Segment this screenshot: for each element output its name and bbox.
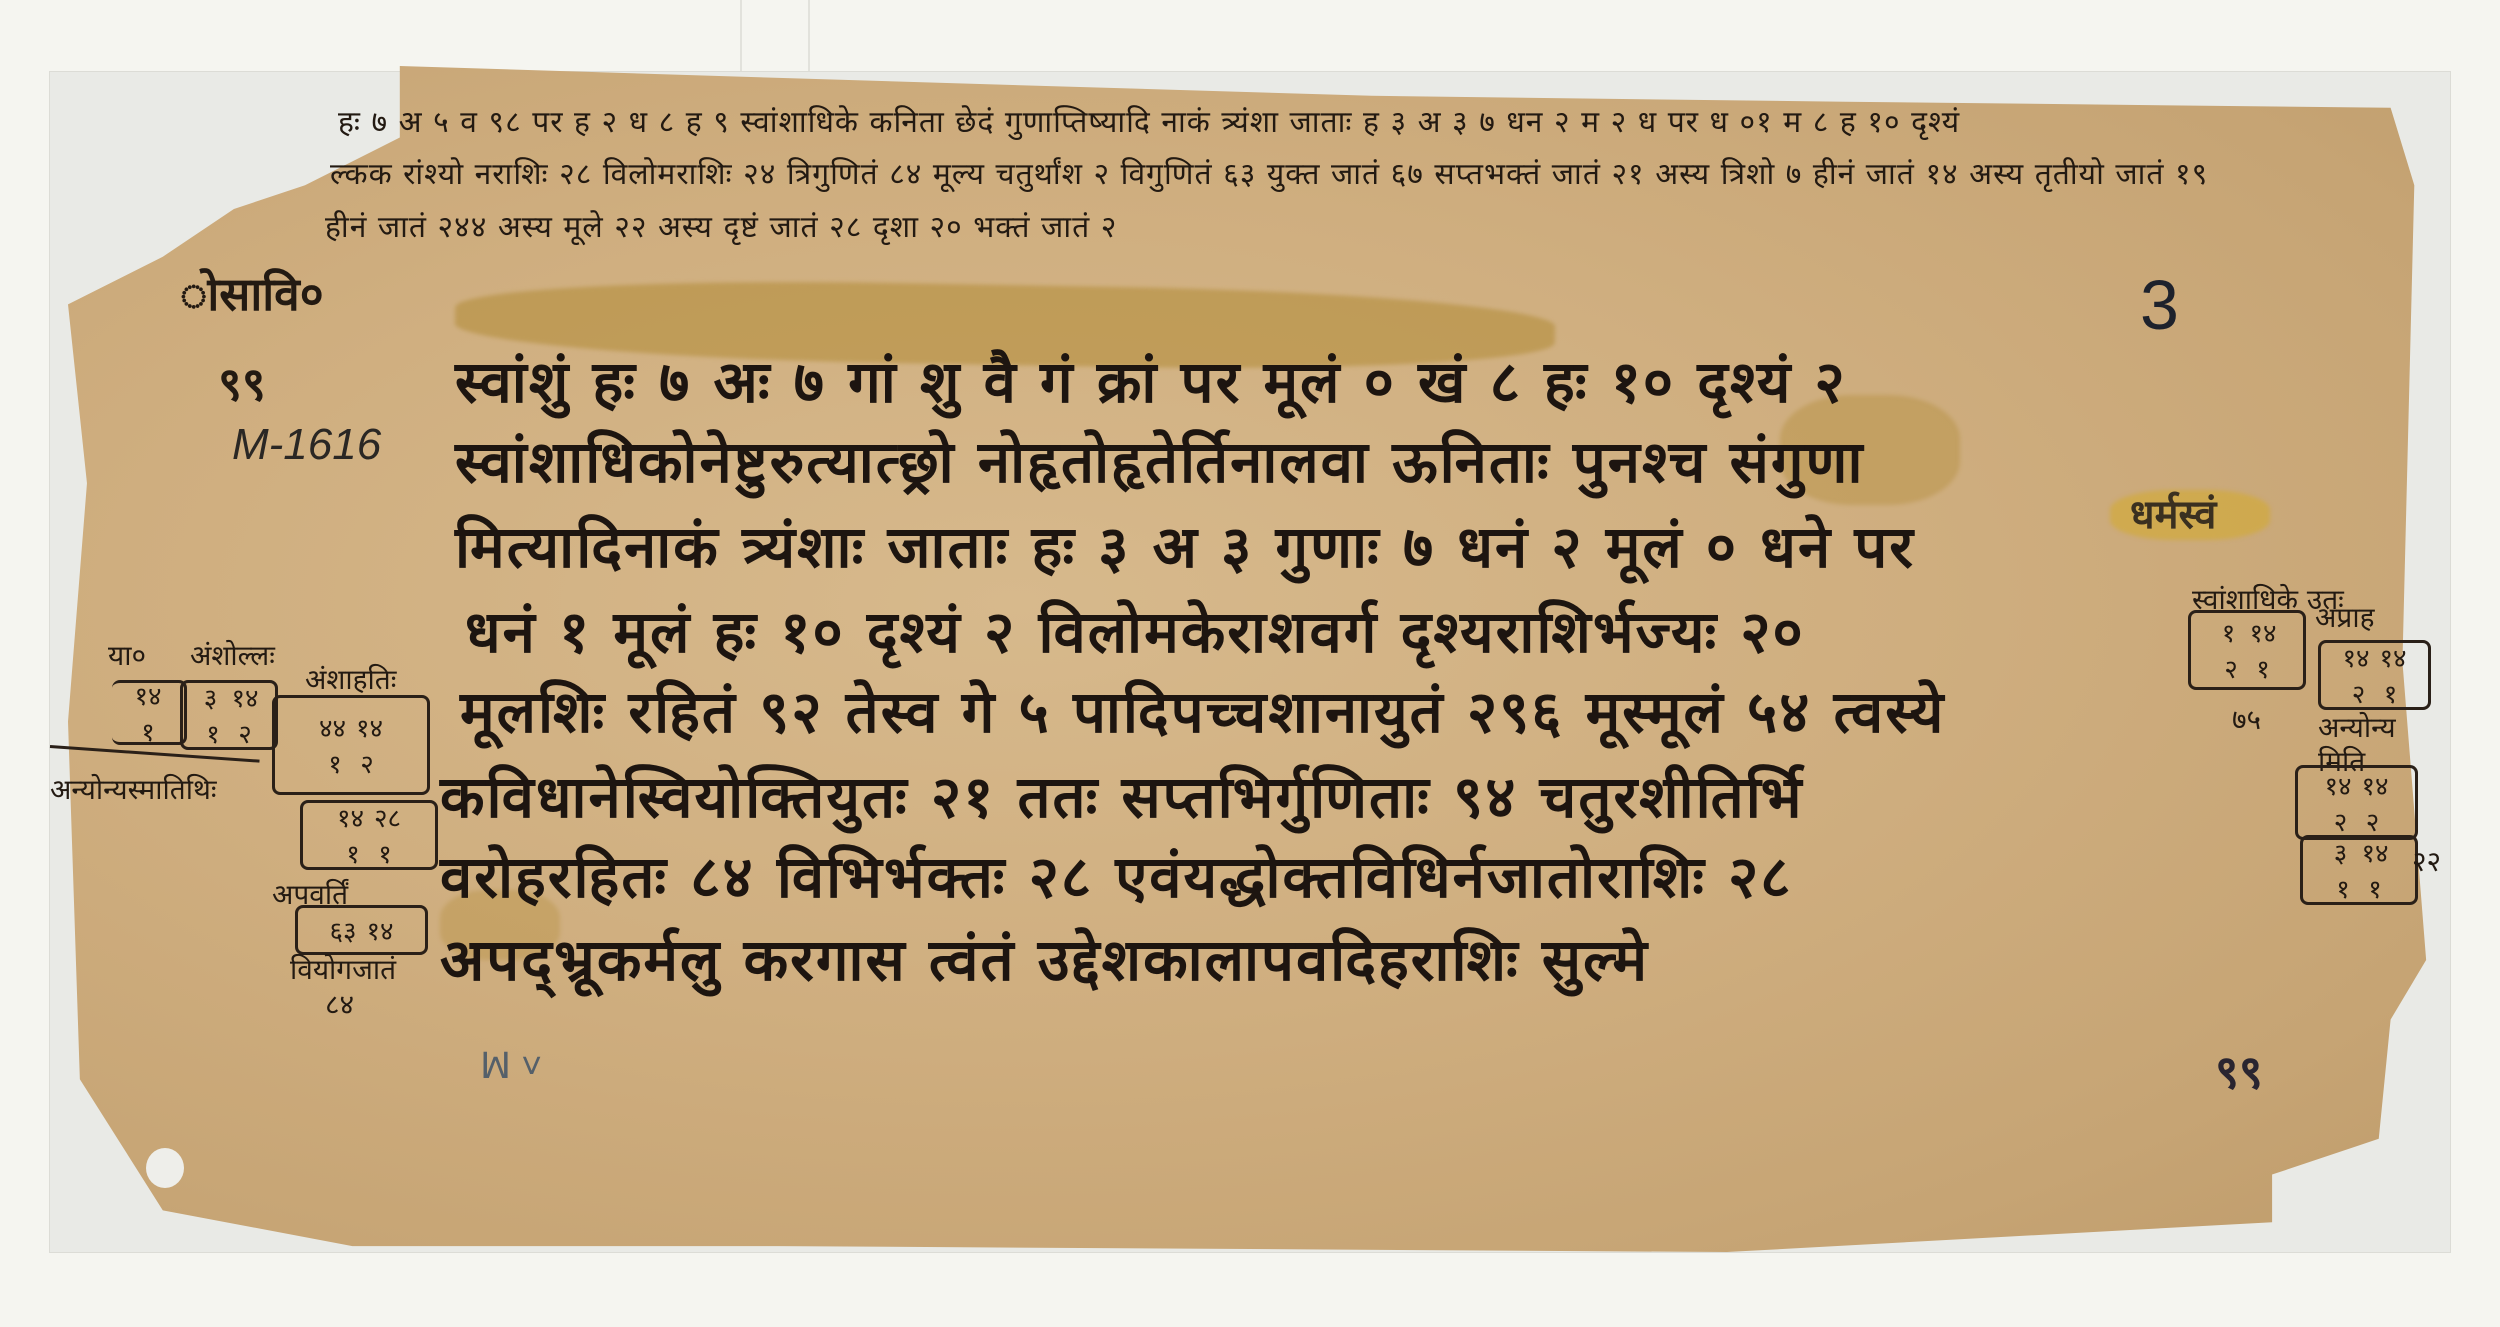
title-fragment: ोसावि०	[180, 262, 324, 324]
left-label-2: अंशोल्लः	[190, 636, 275, 674]
main-line-7: वरोहरहितः ८४ विभिर्भक्तः २८ एवंयद्धोक्तव…	[440, 835, 1792, 914]
main-line-8: अपद्भ्रूकर्मलु करगास त्वंतं उद्देशकालापव…	[440, 918, 1649, 997]
left-label-4: अन्योन्यस्मातिथिः	[50, 770, 217, 808]
right-fraction-box-2: १४१४ २१	[2318, 640, 2431, 710]
page-numeral: 3	[2140, 265, 2179, 345]
folio-number-right: ९९	[2215, 1040, 2263, 1102]
right-fraction-box-1: ११४ २१	[2188, 610, 2306, 690]
main-line-1: स्वांशुं हः ७ अः ७ गां शु वै गं क्रां पर…	[455, 340, 1847, 419]
shelfmark: M-1616	[232, 420, 381, 470]
right-note-5: ७५	[2232, 700, 2261, 738]
left-label-1: या०	[108, 636, 146, 674]
main-line-6: कविधानेस्वियोक्तियुतः २१ ततः सप्तभिर्गुण…	[440, 755, 1804, 834]
right-fraction-box-4: ३१४ ११	[2300, 835, 2418, 905]
pencil-marks: ꟽ ˅	[480, 1045, 542, 1087]
header-line-3: हीनं जातं २४४ अस्य मूले २२ अस्य दृष्टं ज…	[325, 205, 1117, 246]
right-note-2: अप्राह	[2315, 598, 2374, 636]
left-label-6: वियोगजातं	[290, 950, 396, 988]
right-note-6: २२	[2412, 842, 2441, 880]
left-fraction-box-a: १४ १	[112, 680, 187, 745]
main-line-5: मूलशिः रहितं ९२ तेस्व गे ५ पादिपच्चशानाय…	[460, 670, 1945, 749]
left-fraction-box-d: १४२८ ११	[300, 800, 438, 870]
left-fraction-box-c: ४४१४ १२	[272, 695, 430, 795]
right-fraction-box-3: १४१४ २२	[2295, 765, 2418, 840]
left-fraction-box-b: ३१४ १२	[180, 680, 278, 750]
header-line-1: हः ७ अ ५ व ९८ पर ह २ ध ८ ह ९ स्वांशाधिके…	[338, 100, 1960, 141]
main-line-4: धनं १ मूलं हः १० दृश्यं २ विलोमकेराशवर्ग…	[465, 590, 1805, 669]
main-line-2: स्वांशाधिकोनेष्टुरुत्यात्छ्रो नोहृतोहृते…	[455, 420, 1865, 499]
mount-seam	[740, 0, 742, 80]
main-line-3: मित्यादिनाकं त्र्यंशाः जाताः हः ३ अ ३ गु…	[455, 505, 1915, 584]
mount-seam	[808, 0, 810, 80]
folio-number-left: ९९	[218, 352, 266, 414]
header-line-2: ल्कक रांश्यो नराशिः २८ विलोमराशिः २४ त्र…	[330, 152, 2208, 193]
paper-hole	[146, 1148, 184, 1188]
right-note-3: अन्योन्य	[2318, 708, 2396, 746]
left-result: ८४	[325, 985, 354, 1023]
left-fraction-box-e: ६३१४	[295, 905, 428, 955]
left-label-3: अंशाहतिः	[305, 660, 396, 698]
yellow-correction: धर्मस्वं	[2130, 485, 2216, 540]
